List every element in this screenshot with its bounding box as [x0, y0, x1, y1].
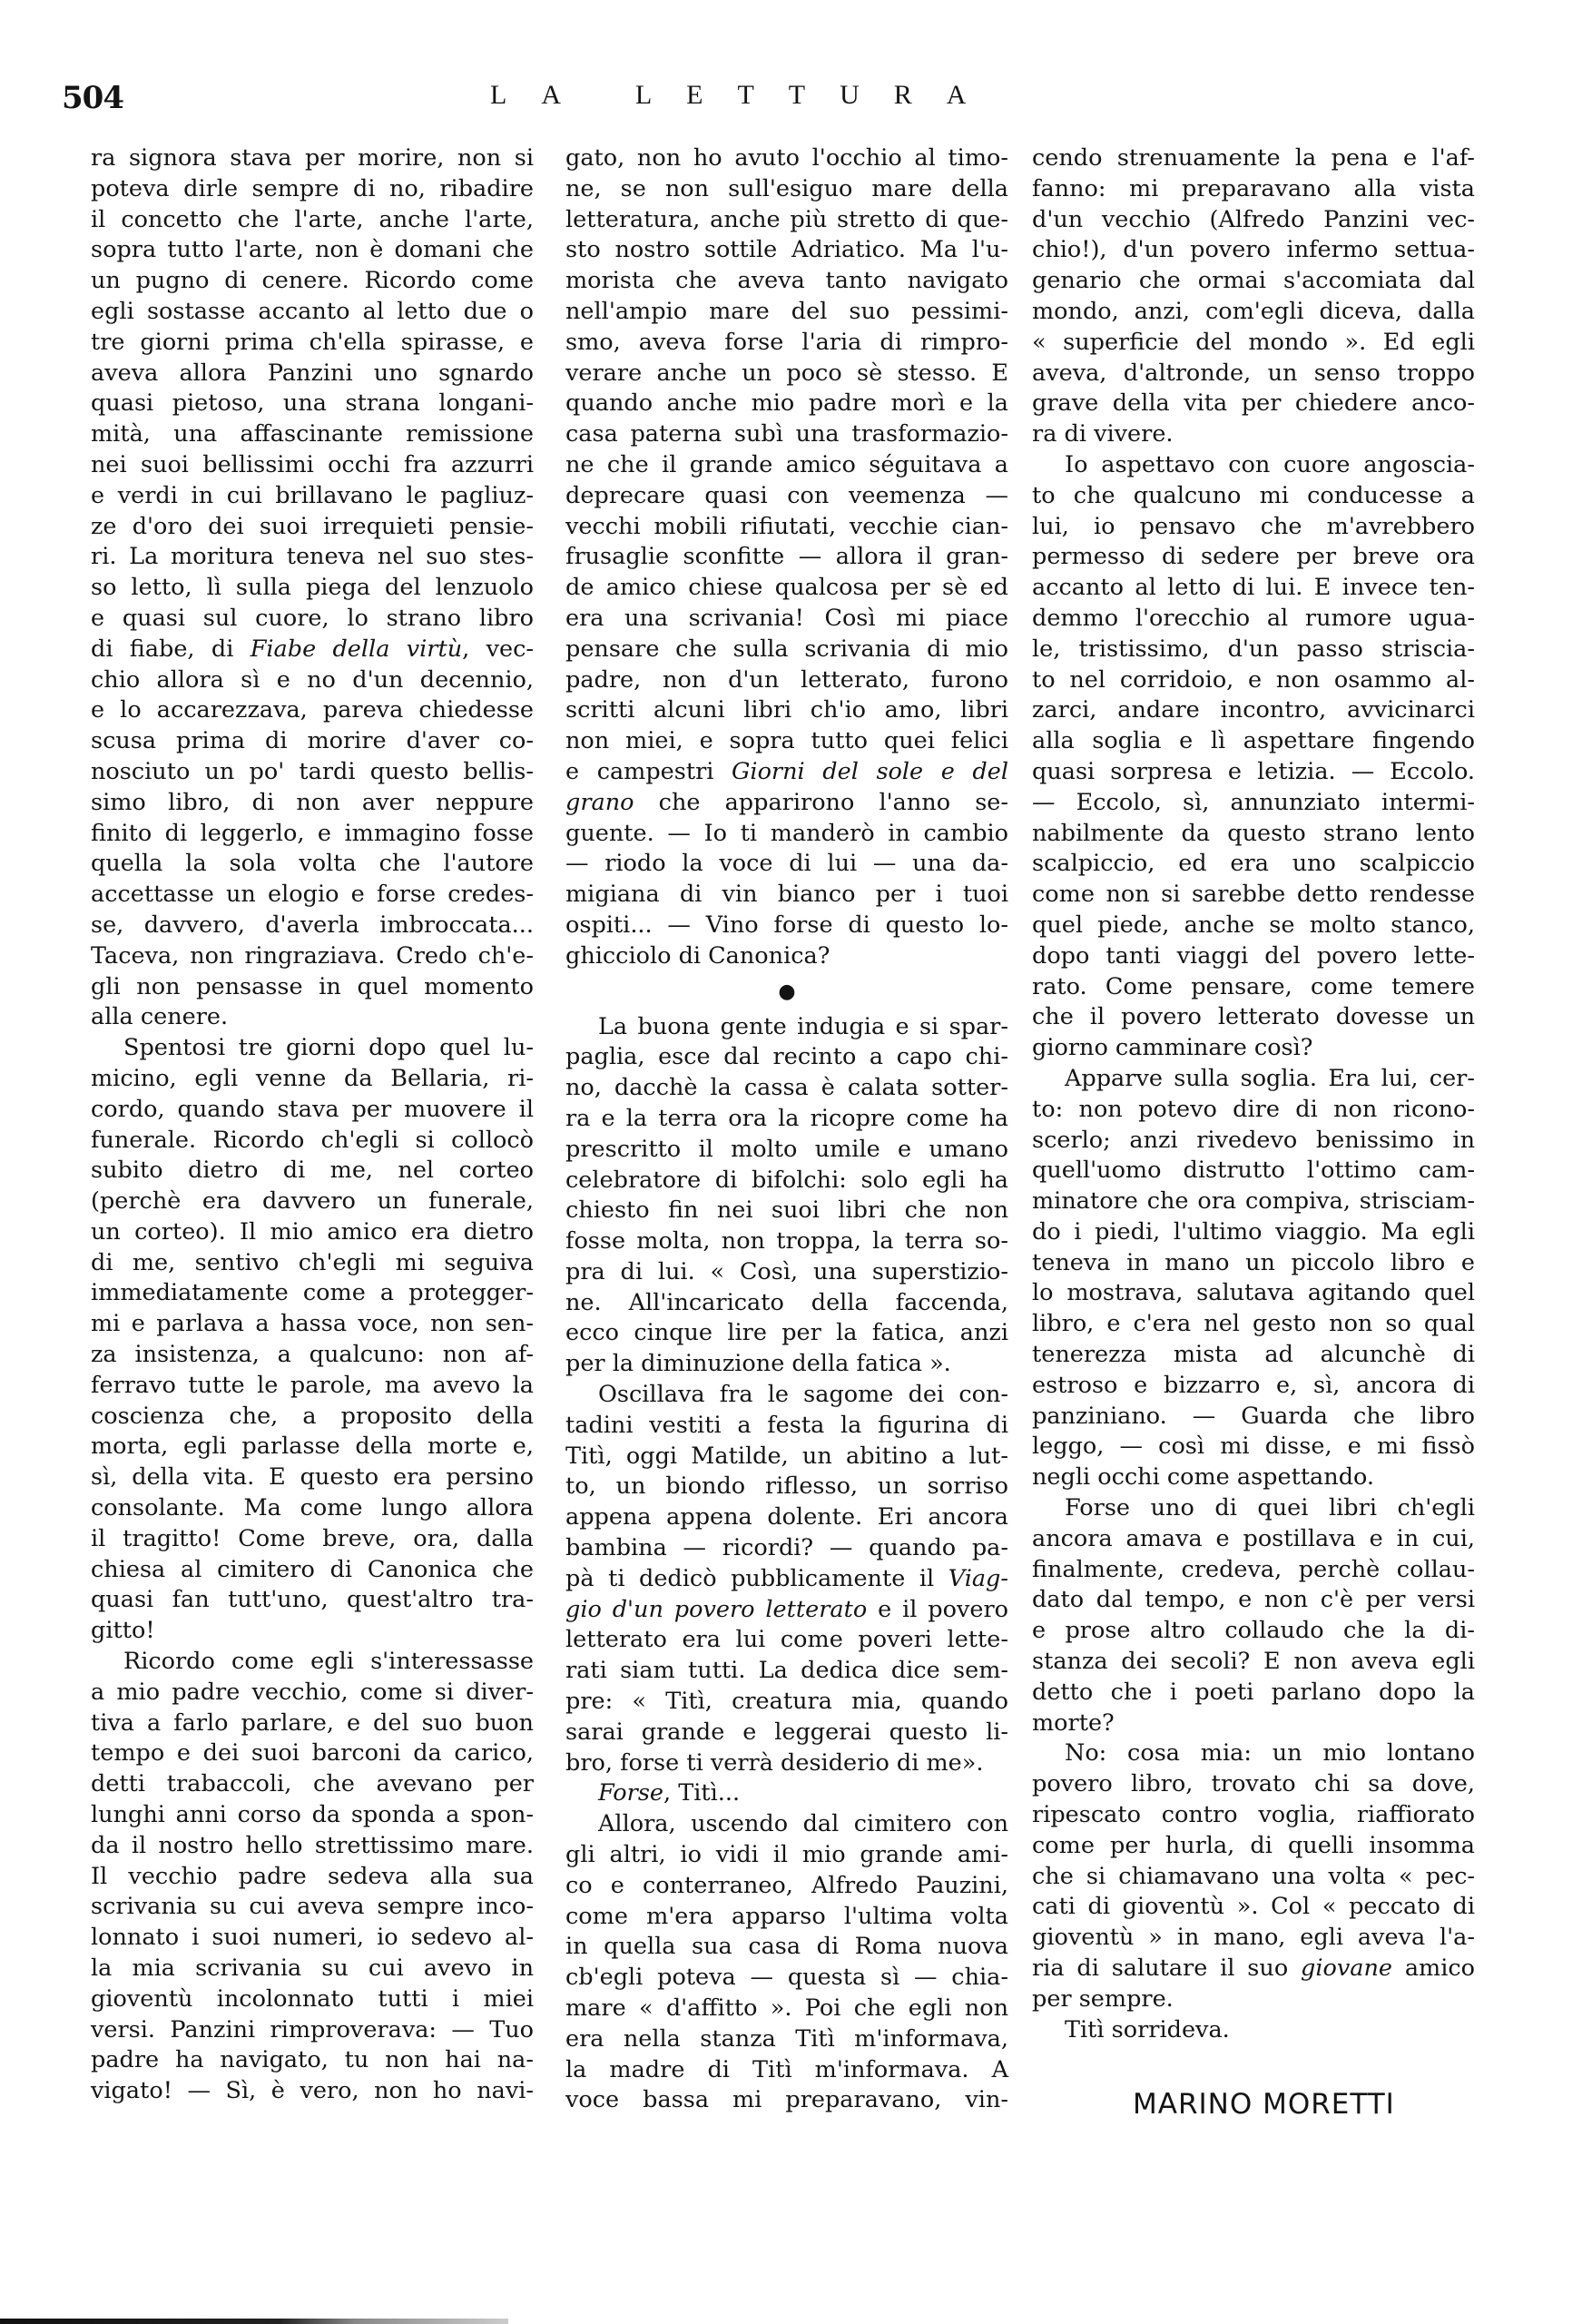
text-line: finito di leggerlo, e immagino fosse — [91, 819, 534, 850]
text-line: un corteo). Il mio amico era dietro — [91, 1217, 534, 1248]
text-line: in quella sua casa di Roma nuova — [565, 1932, 1008, 1963]
text-run: scusa prima di morire d'aver co- — [91, 727, 534, 754]
text-line: grano che apparirono l'anno se- — [565, 788, 1008, 819]
text-run: scalpiccio, ed era uno scalpiccio — [1032, 850, 1475, 877]
text-run: (perchè era davvero un funerale, — [91, 1187, 534, 1215]
text-line: mare « d'affitto ». Poi che egli non — [565, 1994, 1008, 2024]
text-run: lonnato i suoi numeri, io sedevo al- — [91, 1924, 534, 1951]
text-line: rato. Come pensare, come temere — [1032, 972, 1475, 1003]
text-line: to nel corridoio, e non osammo al- — [1032, 665, 1475, 696]
text-run: pensare che sulla scrivania di mio — [565, 635, 1008, 663]
text-run: micino, egli venne da Bellaria, ri- — [91, 1065, 534, 1092]
text-line: co e conterraneo, Alfredo Pauzini, — [565, 1871, 1008, 1902]
text-run: scrivania su cui aveva sempre inco- — [91, 1893, 534, 1920]
text-line: to, un biondo riflesso, un sorriso — [565, 1472, 1008, 1502]
text-run: da il nostro hello strettissimo mare. — [91, 1832, 534, 1859]
text-line: guente. — Io ti manderò in cambio — [565, 819, 1008, 850]
text-line: ri. La moritura teneva nel suo stes- — [91, 542, 534, 573]
author-signature: MARINO MORETTI — [1133, 2088, 1395, 2121]
text-line: sopra tutto l'arte, non è domani che — [91, 235, 534, 266]
text-line: teneva in mano un piccolo libro e — [1032, 1248, 1475, 1279]
text-line: pre: « Titì, creatura mia, quando — [565, 1687, 1008, 1718]
text-line: stanza dei secoli? E non aveva egli — [1032, 1647, 1475, 1678]
text-run: gli altri, io vidi il mio grande ami- — [565, 1841, 1008, 1868]
text-run: alla cenere. — [91, 1003, 228, 1030]
text-line: gli altri, io vidi il mio grande ami- — [565, 1840, 1008, 1871]
text-line: cendo strenuamente la pena e l'af- — [1032, 143, 1475, 174]
text-run: paglia, esce dal recinto a capo chi- — [565, 1043, 1008, 1070]
text-line: gioventù incolonnato tutti i miei — [91, 1984, 534, 2015]
text-run: nabilmente da questo strano lento — [1032, 820, 1475, 847]
text-run: amico — [1392, 1955, 1475, 1982]
text-run: morta, egli parlasse della morte e, — [91, 1433, 534, 1460]
text-run: deprecare quasi con veemenza — — [565, 482, 1008, 509]
text-line: vigato! — Sì, è vero, non ho navi- — [91, 2076, 534, 2107]
text-run: che apparirono l'anno se- — [634, 789, 1009, 816]
text-run: quando anche mio padre morì e la — [565, 389, 1008, 417]
italic-title: grano — [565, 789, 634, 816]
text-line: aveva allora Panzini uno sgnardo — [91, 359, 534, 389]
text-line: migiana di vin bianco per i tuoi — [565, 880, 1008, 911]
text-run: di me, sentivo ch'egli mi seguiva — [91, 1249, 534, 1276]
text-line: Spentosi tre giorni dopo quel lu- — [91, 1033, 534, 1064]
text-line: sì, della vita. E questo era persino — [91, 1462, 534, 1493]
text-run: tempo e dei suoi barconi da carico, — [91, 1739, 534, 1767]
text-run: Ricordo come egli s'interessasse — [123, 1648, 534, 1675]
text-line: gio d'un povero letterato e il povero — [565, 1595, 1008, 1626]
text-line: cordo, quando stava per muovere il — [91, 1095, 534, 1126]
text-line: per la diminuzione della fatica ». — [565, 1349, 1008, 1380]
text-run: dato dal tempo, e non c'è per versi — [1032, 1586, 1475, 1613]
text-run: scerlo; anzi rivedevo benissimo in — [1032, 1127, 1475, 1154]
text-run: smo, aveva forse l'aria di rimpro- — [565, 329, 1008, 356]
text-line: chio allora sì e no d'un decennio, — [91, 665, 534, 696]
text-run: migiana di vin bianco per i tuoi — [565, 881, 1008, 908]
text-line: chio!), d'un povero infermo settua- — [1032, 235, 1475, 266]
text-run: gato, non ho avuto l'occhio al timo- — [565, 144, 1008, 172]
text-run: ne. All'incaricato della faccenda, — [565, 1289, 1008, 1316]
italic-title: gio d'un povero letterato — [565, 1596, 867, 1623]
text-line: pà ti dedicò pubblicamente il Viag- — [565, 1564, 1008, 1595]
text-line: ecco cinque lire per la fatica, anzi — [565, 1318, 1008, 1349]
text-line: zarci, andare incontro, avvicinarci — [1032, 695, 1475, 726]
text-line: to: non potevo dire di non ricono- — [1032, 1095, 1475, 1126]
text-run: panziniano. — Guarda che libro — [1032, 1403, 1475, 1430]
text-line: (perchè era davvero un funerale, — [91, 1187, 534, 1217]
text-line: tre giorni prima ch'ella spirasse, e — [91, 328, 534, 359]
text-line: ripescato contro voglia, riaffiorato — [1032, 1800, 1475, 1831]
text-run: casa paterna subì una trasformazio- — [565, 420, 1008, 448]
text-line: padre ha navigato, tu non hai na- — [91, 2045, 534, 2076]
text-run: letterato era lui come poveri lette- — [565, 1626, 1008, 1653]
text-run: sì, della vita. E questo era persino — [91, 1463, 534, 1491]
page-number: 504 — [62, 80, 123, 116]
italic-title: Giorni del sole e del — [732, 758, 1008, 785]
text-run: come non si sarebbe detto rendesse — [1032, 881, 1475, 908]
text-line: tempo e dei suoi barconi da carico, — [91, 1738, 534, 1769]
text-line: subito dietro di me, nel corteo — [91, 1156, 534, 1187]
text-run: genario che ormai s'accomiata dal — [1032, 267, 1475, 294]
text-run: lo mostrava, salutava agitando quel — [1032, 1279, 1475, 1306]
text-run: ripescato contro voglia, riaffiorato — [1032, 1801, 1475, 1828]
text-run: detti trabaccoli, che avevano per — [91, 1770, 534, 1797]
text-run: cb'egli poteva — questa sì — chia- — [565, 1964, 1008, 1991]
text-line: grave della vita per chiedere anco- — [1032, 389, 1475, 419]
text-line: simo libro, di non aver neppure — [91, 788, 534, 819]
text-run: accanto al letto di lui. E invece ten- — [1032, 574, 1475, 601]
text-run: ne, se non sull'esiguo mare della — [565, 175, 1008, 202]
text-run: che il povero letterato dovesse un — [1032, 1003, 1475, 1030]
text-run: Io aspettavo con cuore angoscia- — [1065, 451, 1475, 478]
text-line: immediatamente come a protegger- — [91, 1278, 534, 1309]
text-line: morta, egli parlasse della morte e, — [91, 1432, 534, 1462]
text-line: sto nostro sottile Adriatico. Ma l'u- — [565, 235, 1008, 266]
text-run: il concetto che l'arte, anche l'arte, — [91, 206, 534, 233]
text-run: pà ti dedicò pubblicamente il — [565, 1565, 948, 1592]
text-run: bro, forse ti verrà desiderio di me». — [565, 1749, 983, 1777]
text-line: Taceva, non ringraziava. Credo ch'e- — [91, 941, 534, 972]
text-run: coscienza che, a proposito della — [91, 1403, 534, 1430]
text-run: il tragitto! Come breve, ora, dalla — [91, 1525, 534, 1552]
text-line: tenerezza mista ad alcunchè di — [1032, 1340, 1475, 1371]
italic-title: Viag- — [948, 1565, 1008, 1592]
text-line: leggo, — così mi disse, e mi fissò — [1032, 1432, 1475, 1462]
text-run: morista che aveva tanto navigato — [565, 267, 1008, 294]
text-line: le, tristissimo, d'un passo striscia- — [1032, 635, 1475, 665]
text-run: do i piedi, l'ultimo viaggio. Ma egli — [1032, 1218, 1475, 1246]
text-run: Taceva, non ringraziava. Credo ch'e- — [91, 942, 534, 970]
text-line: ospiti... — Vino forse di questo lo- — [565, 911, 1008, 941]
text-run: no, dacchè la cassa è calata sotter- — [565, 1074, 1008, 1101]
text-run: detto che i poeti parlano dopo la — [1032, 1679, 1475, 1706]
text-run: cati di gioventù ». Col « peccato di — [1032, 1893, 1475, 1920]
text-run: ria di salutare il suo — [1032, 1955, 1301, 1982]
text-line: ghicciolo di Canonica? — [565, 941, 1008, 972]
text-line: e quasi sul cuore, lo strano libro — [91, 604, 534, 635]
text-line: che si chiamavano una volta « pec- — [1032, 1862, 1475, 1893]
text-line: ria di salutare il suo giovane amico — [1032, 1954, 1475, 1984]
text-run: bambina — ricordi? — quando pa- — [565, 1534, 1008, 1561]
text-run: finalmente, credeva, perchè collau- — [1032, 1556, 1475, 1583]
text-run: e lo accarezzava, pareva chiedesse — [91, 696, 534, 724]
text-run: minatore che ora compiva, strisciam- — [1032, 1187, 1475, 1215]
text-run: libro, e c'era nel gesto non so qual — [1032, 1310, 1475, 1337]
text-run: scritti alcuni libri ch'io amo, libri — [565, 696, 1008, 724]
text-run: ghicciolo di Canonica? — [565, 942, 830, 970]
text-run: Allora, uscendo dal cimitero con — [598, 1810, 1008, 1837]
text-run: morte? — [1032, 1709, 1115, 1737]
text-line: chiesto fin nei suoi libri che non — [565, 1196, 1008, 1226]
text-line: smo, aveva forse l'aria di rimpro- — [565, 328, 1008, 359]
text-line: ne. All'incaricato della faccenda, — [565, 1288, 1008, 1319]
text-line: era nella stanza Titì m'informava, — [565, 2024, 1008, 2055]
text-line: ra signora stava per morire, non si — [91, 143, 534, 174]
text-line: letterato era lui come poveri lette- — [565, 1625, 1008, 1656]
text-line: — Eccolo, sì, annunziato intermi- — [1032, 788, 1475, 819]
text-line: to che qualcuno mi conducesse a — [1032, 481, 1475, 512]
text-line: mondo, anzi, com'egli diceva, dalla — [1032, 297, 1475, 328]
text-line: chiesa al cimitero di Canonica che — [91, 1555, 534, 1586]
text-run: stanza dei secoli? E non aveva egli — [1032, 1648, 1475, 1675]
text-line: letteratura, anche più stretto di que- — [565, 205, 1008, 236]
text-run: tiva a farlo parlare, e del suo buon — [91, 1709, 534, 1737]
text-run: un corteo). Il mio amico era dietro — [91, 1218, 534, 1246]
text-line: di fiabe, di Fiabe della virtù, vec- — [91, 635, 534, 665]
text-line: egli sostasse accanto al letto due o — [91, 297, 534, 328]
text-run: giorno camminare così? — [1032, 1034, 1312, 1061]
text-line: cati di gioventù ». Col « peccato di — [1032, 1892, 1475, 1923]
text-run: teneva in mano un piccolo libro e — [1032, 1249, 1475, 1276]
text-run: de amico chiese qualcosa per sè ed — [565, 574, 1008, 601]
text-run: No: cosa mia: un mio lontano — [1065, 1739, 1475, 1767]
text-line: accanto al letto di lui. E invece ten- — [1032, 573, 1475, 604]
text-run: immediatamente come a protegger- — [91, 1279, 534, 1306]
text-line: casa paterna subì una trasformazio- — [565, 419, 1008, 450]
text-run: mi e parlava a hassa voce, non sen- — [91, 1310, 534, 1337]
text-line: come per hurla, di quelli insomma — [1032, 1831, 1475, 1862]
text-run: quell'uomo distrutto l'ottimo cam- — [1032, 1157, 1475, 1184]
text-run: quel piede, anche se molto stanco, — [1032, 911, 1475, 939]
text-run: un pugno di cenere. Ricordo come — [91, 267, 534, 294]
text-line: alla cenere. — [91, 1002, 534, 1033]
text-line: che il povero letterato dovesse un — [1032, 1002, 1475, 1033]
text-run: gli non pensasse in quel momento — [91, 973, 534, 1000]
text-line: demmo l'orecchio al rumore ugua- — [1032, 604, 1475, 635]
text-run: za insistenza, a qualcuno: non af- — [91, 1341, 534, 1368]
italic-title: Fiabe della virtù — [251, 635, 462, 663]
text-line: ze d'oro dei suoi irrequieti pensie- — [91, 512, 534, 543]
text-line: fanno: mi preparavano alla vista — [1032, 174, 1475, 205]
text-run: so letto, lì sulla piega del lenzuolo — [91, 574, 534, 601]
text-line: accettasse un elogio e forse credes- — [91, 880, 534, 911]
text-line: lonnato i suoi numeri, io sedevo al- — [91, 1923, 534, 1954]
text-line: Ricordo come egli s'interessasse — [91, 1647, 534, 1678]
page-header: 504 LA LETTURA — [0, 80, 1592, 125]
text-run: « superficie del mondo ». Ed egli — [1032, 329, 1475, 356]
text-run: era nella stanza Titì m'informava, — [565, 2025, 1008, 2053]
text-line: ne, se non sull'esiguo mare della — [565, 174, 1008, 205]
text-run: sopra tutto l'arte, non è domani che — [91, 236, 534, 263]
text-line: quasi sorpresa e letizia. — Eccolo. — [1032, 757, 1475, 788]
text-line: morte? — [1032, 1709, 1475, 1739]
text-run: ecco cinque lire per la fatica, anzi — [565, 1319, 1008, 1346]
text-run: Spentosi tre giorni dopo quel lu- — [123, 1034, 534, 1061]
text-run: , Titì... — [663, 1779, 740, 1807]
text-line: sarai grande e leggerai questo li- — [565, 1718, 1008, 1748]
text-run: d'un vecchio (Alfredo Panzini vec- — [1032, 206, 1475, 233]
text-line: un pugno di cenere. Ricordo come — [91, 266, 534, 297]
text-line: e prose altro collaudo che la di- — [1032, 1616, 1475, 1647]
text-run: to che qualcuno mi conducesse a — [1032, 482, 1475, 509]
text-line: dato dal tempo, e non c'è per versi — [1032, 1585, 1475, 1616]
text-run: ze d'oro dei suoi irrequieti pensie- — [91, 513, 534, 540]
text-run: quella la sola volta che l'autore — [91, 850, 534, 877]
text-line: se, davvero, d'averla imbroccata... — [91, 911, 534, 941]
text-line: padre, non d'un letterato, furono — [565, 665, 1008, 696]
text-line: prescritto il molto umile e umano — [565, 1135, 1008, 1166]
text-column-1: ra signora stava per morire, non sipotev… — [91, 143, 534, 2107]
text-run: dopo tanti viaggi del povero lette- — [1032, 942, 1475, 970]
text-run: per la diminuzione della fatica ». — [565, 1350, 951, 1377]
text-run: estroso e bizzarro e, sì, ancora di — [1032, 1372, 1475, 1399]
section-separator: ● — [565, 972, 1008, 1012]
text-line: minatore che ora compiva, strisciam- — [1032, 1187, 1475, 1217]
text-run: quasi sorpresa e letizia. — Eccolo. — [1032, 758, 1475, 785]
text-run: cordo, quando stava per muovere il — [91, 1096, 534, 1123]
text-line: gitto! — [91, 1616, 534, 1647]
text-line: Oscillava fra le sagome dei con- — [565, 1380, 1008, 1411]
text-run: verare anche un poco sè stesso. E — [565, 359, 1008, 387]
text-run: nell'ampio mare del suo pessimi- — [565, 298, 1008, 325]
text-line: tiva a farlo parlare, e del suo buon — [91, 1709, 534, 1739]
text-run: Apparve sulla soglia. Era lui, cer- — [1065, 1065, 1475, 1092]
text-line: pensare che sulla scrivania di mio — [565, 635, 1008, 665]
text-run: le, tristissimo, d'un passo striscia- — [1032, 635, 1475, 663]
text-line: povero libro, trovato chi sa dove, — [1032, 1769, 1475, 1800]
text-run: permesso di sedere per breve ora — [1032, 543, 1475, 570]
text-line: la mia scrivania su cui avevo in — [91, 1954, 534, 1984]
text-run: era una scrivania! Così mi piace — [565, 605, 1008, 632]
text-run: letteratura, anche più stretto di que- — [565, 206, 1008, 233]
text-line: ancora amava e postillava e in cui, — [1032, 1524, 1475, 1555]
text-line: so letto, lì sulla piega del lenzuolo — [91, 573, 534, 604]
text-run: Titì, oggi Matilde, un abitino a lut- — [565, 1443, 1008, 1470]
text-line: alla soglia e lì aspettare fingendo — [1032, 726, 1475, 757]
text-run: subito dietro di me, nel corteo — [91, 1157, 534, 1184]
text-line: « superficie del mondo ». Ed egli — [1032, 328, 1475, 359]
text-line: consolante. Ma come lungo allora — [91, 1493, 534, 1524]
text-run: Oscillava fra le sagome dei con- — [598, 1381, 1008, 1408]
text-line: ferravo tutte le parole, ma avevo la — [91, 1371, 534, 1402]
text-run: finito di leggerlo, e immagino fosse — [91, 820, 534, 847]
text-run: vecchi mobili rifiutati, vecchie cian- — [565, 513, 1008, 540]
text-line: deprecare quasi con veemenza — — [565, 481, 1008, 512]
text-run: ferravo tutte le parole, ma avevo la — [91, 1372, 534, 1399]
text-line: morista che aveva tanto navigato — [565, 266, 1008, 297]
text-line: quasi fan tutt'uno, quest'altro tra- — [91, 1585, 534, 1616]
text-line: Forse uno di quei libri ch'egli — [1032, 1493, 1475, 1524]
italic-title: giovane — [1301, 1955, 1392, 1982]
text-run: funerale. Ricordo ch'egli si collocò — [91, 1127, 534, 1154]
text-line: cb'egli poteva — questa sì — chia- — [565, 1963, 1008, 1994]
text-line: pra di lui. « Così, una superstizio- — [565, 1257, 1008, 1288]
text-run: e campestri — [565, 758, 732, 785]
running-title: LA LETTURA — [490, 80, 1000, 111]
text-line: quasi pietoso, una strana longani- — [91, 389, 534, 419]
text-run: grave della vita per chiedere anco- — [1032, 389, 1475, 417]
text-line: ne che il grande amico séguitava a — [565, 450, 1008, 481]
text-run: e il povero — [867, 1596, 1008, 1623]
text-line: scalpiccio, ed era uno scalpiccio — [1032, 849, 1475, 880]
text-run: sto nostro sottile Adriatico. Ma l'u- — [565, 236, 1008, 263]
text-run: fanno: mi preparavano alla vista — [1032, 175, 1475, 202]
text-column-2: gato, non ho avuto l'occhio al timo-ne, … — [565, 143, 1008, 2116]
text-run: di fiabe, di — [91, 635, 251, 663]
text-run: padre ha navigato, tu non hai na- — [91, 2046, 534, 2073]
text-run: aveva allora Panzini uno sgnardo — [91, 359, 534, 387]
text-run: consolante. Ma come lungo allora — [91, 1494, 534, 1521]
text-run: quasi fan tutt'uno, quest'altro tra- — [91, 1586, 534, 1613]
text-run: poteva dirle sempre di no, ribadire — [91, 175, 534, 202]
text-run: gitto! — [91, 1617, 155, 1644]
text-run: cendo strenuamente la pena e l'af- — [1032, 144, 1475, 172]
text-run: alla soglia e lì aspettare fingendo — [1032, 727, 1475, 754]
text-line: fosse molta, non troppa, la terra so- — [565, 1226, 1008, 1257]
text-run: La buona gente indugia e si spar- — [598, 1013, 1008, 1040]
text-line: de amico chiese qualcosa per sè ed — [565, 573, 1008, 604]
text-run: — riodo la voce di lui — una da- — [565, 850, 1008, 877]
text-line: di me, sentivo ch'egli mi seguiva — [91, 1248, 534, 1279]
text-line: scusa prima di morire d'aver co- — [91, 726, 534, 757]
text-run: gioventù » in mano, egli aveva l'a- — [1032, 1924, 1475, 1951]
text-run: chiesto fin nei suoi libri che non — [565, 1196, 1008, 1224]
text-run: ne che il grande amico séguitava a — [565, 451, 1008, 478]
text-line: funerale. Ricordo ch'egli si collocò — [91, 1126, 534, 1157]
text-line: dopo tanti viaggi del povero lette- — [1032, 941, 1475, 972]
text-line: nosciuto un po' tardi questo bellis- — [91, 757, 534, 788]
text-run: ra signora stava per morire, non si — [91, 144, 534, 172]
text-line: micino, egli venne da Bellaria, ri- — [91, 1064, 534, 1095]
text-run: frusaglie sconfitte — allora il gran- — [565, 543, 1008, 570]
text-line: come non si sarebbe detto rendesse — [1032, 880, 1475, 911]
text-run: in quella sua casa di Roma nuova — [565, 1933, 1008, 1960]
text-run: Forse uno di quei libri ch'egli — [1065, 1494, 1475, 1521]
text-run: guente. — Io ti manderò in cambio — [565, 820, 1008, 847]
text-run: — Eccolo, sì, annunziato intermi- — [1032, 789, 1475, 816]
text-line: finalmente, credeva, perchè collau- — [1032, 1555, 1475, 1586]
text-line: negli occhi come aspettando. — [1032, 1462, 1475, 1493]
text-line: do i piedi, l'ultimo viaggio. Ma egli — [1032, 1217, 1475, 1248]
text-line: celebratore di bifolchi: solo egli ha — [565, 1166, 1008, 1196]
text-line: mità, una affascinante remissione — [91, 419, 534, 450]
text-line: aveva, d'altronde, un senso troppo — [1032, 359, 1475, 389]
text-line: vecchi mobili rifiutati, vecchie cian- — [565, 512, 1008, 543]
text-run: prescritto il molto umile e umano — [565, 1136, 1008, 1163]
text-line: Io aspettavo con cuore angoscia- — [1032, 450, 1475, 481]
text-run: ra e la terra ora la ricopre come ha — [565, 1105, 1008, 1132]
text-line: quel piede, anche se molto stanco, — [1032, 911, 1475, 941]
text-line: ra di vivere. — [1032, 419, 1475, 450]
text-line: no, dacchè la cassa è calata sotter- — [565, 1073, 1008, 1104]
text-run: pre: « Titì, creatura mia, quando — [565, 1688, 1008, 1715]
text-run: mondo, anzi, com'egli diceva, dalla — [1032, 298, 1475, 325]
text-line: paglia, esce dal recinto a capo chi- — [565, 1042, 1008, 1073]
text-run: fosse molta, non troppa, la terra so- — [565, 1227, 1008, 1255]
text-run: sarai grande e leggerai questo li- — [565, 1718, 1008, 1746]
text-run: egli sostasse accanto al letto due o — [91, 298, 534, 325]
text-run: a mio padre vecchio, come si diver- — [91, 1679, 534, 1706]
text-line: scrivania su cui aveva sempre inco- — [91, 1892, 534, 1923]
text-run: demmo l'orecchio al rumore ugua- — [1032, 605, 1475, 632]
text-line: frusaglie sconfitte — allora il gran- — [565, 542, 1008, 573]
text-line: libro, e c'era nel gesto non so qual — [1032, 1309, 1475, 1340]
text-run: povero libro, trovato chi sa dove, — [1032, 1770, 1475, 1797]
italic-title: Forse — [598, 1779, 663, 1807]
text-line: d'un vecchio (Alfredo Panzini vec- — [1032, 205, 1475, 236]
text-run: voce bassa mi preparavano, vin- — [565, 2086, 1008, 2113]
text-line: quella la sola volta che l'autore — [91, 849, 534, 880]
text-line: Titì sorrideva. — [1032, 2015, 1475, 2046]
text-line: detti trabaccoli, che avevano per — [91, 1769, 534, 1800]
text-run: rato. Come pensare, come temere — [1032, 973, 1475, 1000]
text-line: il concetto che l'arte, anche l'arte, — [91, 205, 534, 236]
text-run: ancora amava e postillava e in cui, — [1032, 1525, 1475, 1552]
text-line: nell'ampio mare del suo pessimi- — [565, 297, 1008, 328]
text-line: lunghi anni corso da sponda a spon- — [91, 1800, 534, 1831]
text-run: leggo, — così mi disse, e mi fissò — [1032, 1433, 1475, 1460]
text-line: La buona gente indugia e si spar- — [565, 1012, 1008, 1043]
text-run: ra di vivere. — [1032, 420, 1174, 448]
